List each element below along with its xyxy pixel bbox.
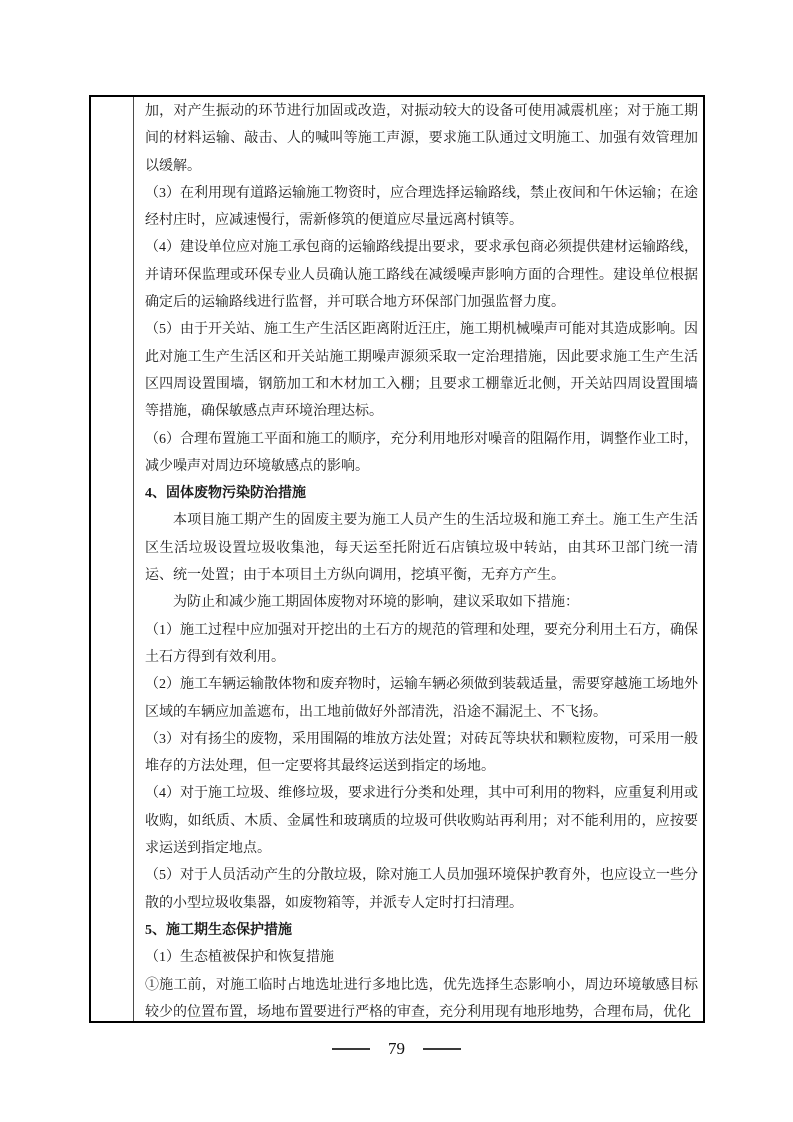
paragraph: （6）合理布置施工平面和施工的顺序，充分利用地形对噪音的阻隔作用，调整作业工时，… <box>145 426 698 481</box>
page-footer: 79 <box>0 1036 793 1062</box>
paragraph: 本项目施工期产生的固废主要为施工人员产生的生活垃圾和施工弃土。施工生产生活区生活… <box>145 507 698 589</box>
paragraph: ①施工前，对施工临时占地选址进行多地比选，优先选择生态影响小，周边环境敏感目标较… <box>145 972 698 1022</box>
content-table: 加，对产生振动的环节进行加固或改造，对振动较大的设备可使用减震机座；对于施工期间… <box>89 95 705 1023</box>
paragraph: 4、固体废物污染防治措施 <box>145 480 698 507</box>
paragraph: （4）建设单位应对施工承包商的运输路线提出要求，要求承包商必须提供建材运输路线，… <box>145 234 698 316</box>
footer-right-dash-icon <box>423 1048 461 1050</box>
paragraph: （5）由于开关站、施工生产生活区距离附近汪庄，施工期机械噪声可能对其造成影响。因… <box>145 316 698 425</box>
paragraph: （4）对于施工垃圾、维修垃圾，要求进行分类和处理，其中可利用的物料，应重复利用或… <box>145 780 698 862</box>
page-number: 79 <box>388 1036 405 1062</box>
paragraph: （5）对于人员活动产生的分散垃圾，除对施工人员加强环境保护教育外，也应设立一些分… <box>145 862 698 917</box>
paragraph: （3）在利用现有道路运输施工物资时，应合理选择运输路线，禁止夜间和午休运输；在途… <box>145 180 698 235</box>
paragraph: （1）施工过程中应加强对开挖出的土石方的规范的管理和处理，要充分利用土石方，确保… <box>145 617 698 672</box>
table-left-cell <box>91 97 134 1021</box>
paragraph: （2）施工车辆运输散体物和废弃物时，运输车辆必须做到装载适量，需要穿越施工场地外… <box>145 671 698 726</box>
paragraph: 加，对产生振动的环节进行加固或改造，对振动较大的设备可使用减震机座；对于施工期间… <box>145 98 698 180</box>
paragraph: （3）对有扬尘的废物，采用围隔的堆放方法处置；对砖瓦等块状和颗粒废物，可采用一般… <box>145 726 698 781</box>
footer-left-dash-icon <box>332 1048 370 1050</box>
paragraph: （1）生态植被保护和恢复措施 <box>145 944 698 971</box>
paragraph: 5、施工期生态保护措施 <box>145 917 698 944</box>
table-body-cell: 加，对产生振动的环节进行加固或改造，对振动较大的设备可使用减震机座；对于施工期间… <box>134 97 703 1021</box>
page: 加，对产生振动的环节进行加固或改造，对振动较大的设备可使用减震机座；对于施工期间… <box>0 0 793 1122</box>
paragraph: 为防止和减少施工期固体废物对环境的影响，建议采取如下措施： <box>145 589 698 616</box>
